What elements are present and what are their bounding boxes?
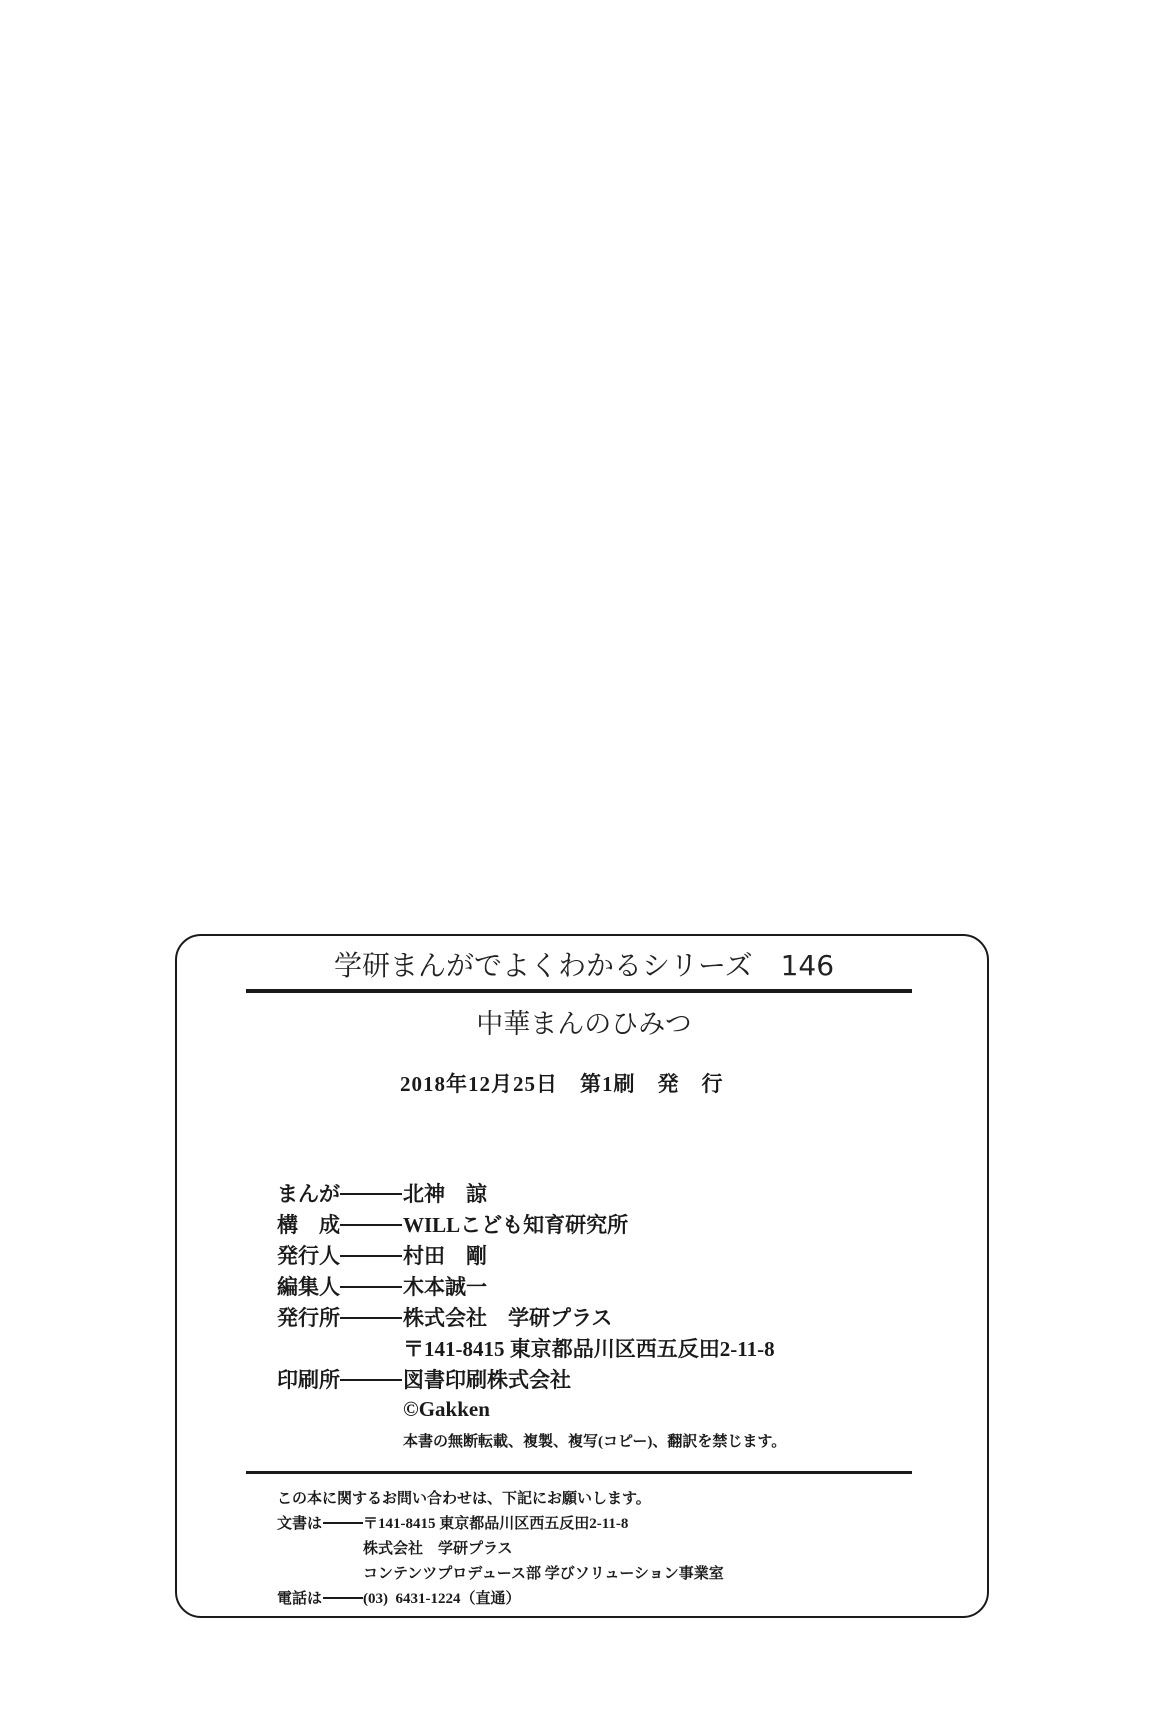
credit-value: 図書印刷株式会社 <box>403 1364 571 1394</box>
dash-separator <box>340 1255 402 1257</box>
dash-separator <box>340 1224 402 1226</box>
credit-value: 株式会社 学研プラス <box>403 1302 612 1332</box>
copyright-notice: 本書の無断転載、複製、複写(コピー)、翻訳を禁じます。 <box>403 1430 786 1451</box>
copyright-notice-row: 本書の無断転載、複製、複写(コピー)、翻訳を禁じます。 <box>277 1425 786 1456</box>
credit-row-publisher: 発行所株式会社 学研プラス <box>277 1301 786 1332</box>
dash-separator <box>340 1317 402 1319</box>
publication-date: 2018年12月25日 第1刷 発 行 <box>400 1068 724 1098</box>
credit-value: 北神 諒 <box>403 1178 487 1208</box>
credit-row-editor: 編集人木本誠一 <box>277 1270 786 1301</box>
credit-value: 村田 剛 <box>403 1240 487 1270</box>
dash-separator <box>340 1193 402 1195</box>
book-title: 中華まんのひみつ <box>0 1002 1168 1041</box>
mail-address: 〒141-8415 東京都品川区西五反田2-11-8 <box>363 1512 628 1533</box>
contact-mail-row: 文書は〒141-8415 東京都品川区西五反田2-11-8 <box>277 1510 724 1535</box>
contact-mail-department-row: コンテンツプロデュース部 学びソリューション事業室 <box>277 1560 724 1585</box>
credit-label: 発行所 <box>277 1302 339 1332</box>
title-divider <box>246 989 912 993</box>
dash-separator <box>323 1522 363 1524</box>
credits-list: まんが北神 諒 構 成WILLこども知育研究所 発行人村田 剛 編集人木本誠一 … <box>277 1177 786 1456</box>
credit-label: 編集人 <box>277 1271 339 1301</box>
credit-label: 構 成 <box>277 1209 339 1239</box>
credit-row-manga: まんが北神 諒 <box>277 1177 786 1208</box>
mail-company: 株式会社 学研プラス <box>363 1537 513 1558</box>
credit-value: 木本誠一 <box>403 1271 487 1301</box>
dash-separator <box>340 1286 402 1288</box>
copyright-mark: ©Gakken <box>403 1397 490 1422</box>
contact-intro-row: この本に関するお問い合わせは、下記にお願いします。 <box>277 1485 724 1510</box>
credit-label: 印刷所 <box>277 1364 339 1394</box>
contact-section: この本に関するお問い合わせは、下記にお願いします。 文書は〒141-8415 東… <box>277 1485 724 1610</box>
phone-label: 電話は <box>277 1587 323 1608</box>
contact-intro: この本に関するお問い合わせは、下記にお願いします。 <box>277 1487 651 1508</box>
credit-row-publisher-address: 〒141-8415 東京都品川区西五反田2-11-8 <box>277 1332 786 1363</box>
mail-department: コンテンツプロデュース部 学びソリューション事業室 <box>363 1562 724 1583</box>
credit-row-composition: 構 成WILLこども知育研究所 <box>277 1208 786 1239</box>
credit-row-publisher-person: 発行人村田 剛 <box>277 1239 786 1270</box>
credit-label: 発行人 <box>277 1240 339 1270</box>
dash-separator <box>323 1597 363 1599</box>
mail-label: 文書は <box>277 1512 323 1533</box>
contact-mail-company-row: 株式会社 学研プラス <box>277 1535 724 1560</box>
dash-separator <box>340 1379 402 1381</box>
series-title: 学研まんがでよくわかるシリーズ 146 <box>0 944 1168 984</box>
credit-value: 〒141-8415 東京都品川区西五反田2-11-8 <box>403 1333 775 1363</box>
contact-divider <box>246 1471 912 1474</box>
credit-value: WILLこども知育研究所 <box>403 1209 628 1239</box>
phone-number: (03) 6431-1224（直通） <box>363 1587 521 1608</box>
credit-row-printer: 印刷所図書印刷株式会社 <box>277 1363 786 1394</box>
credit-label: まんが <box>277 1178 339 1208</box>
contact-phone-row: 電話は(03) 6431-1224（直通） <box>277 1585 724 1610</box>
credit-row-copyright: ©Gakken <box>277 1394 786 1425</box>
